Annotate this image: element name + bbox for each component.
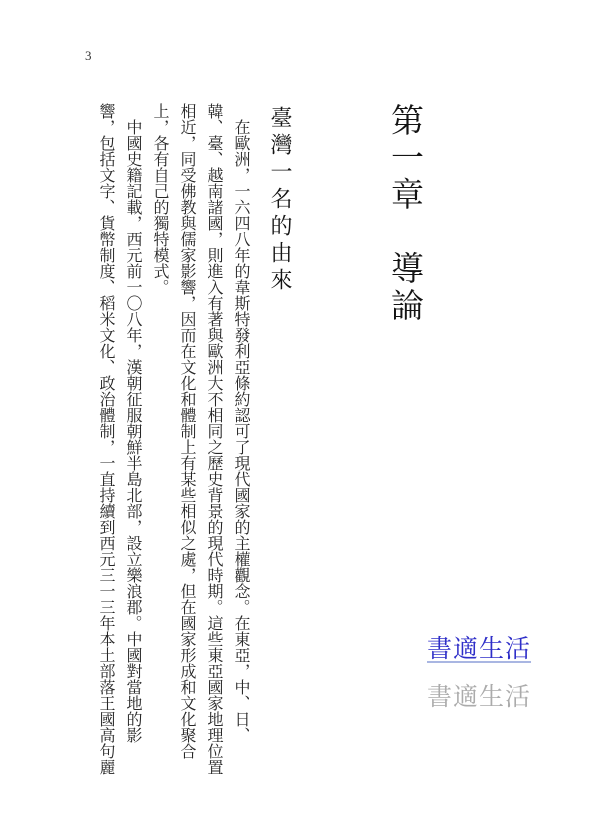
body-column-4: 上，各有自己的獨特模式。 [146,103,173,781]
body-column-6: 響，包括文字、貨幣制度、稻米文化、政治體制，一直持續到西元三一三年本土部落王國高… [92,103,119,781]
section-title: 臺灣一名的由來 [265,106,296,295]
body-column-3: 相近，同受佛教與儒家影響，因而在文化和體制上有某些相似之處，但在國家形成和文化聚… [173,103,200,781]
book-page: 3 第一章 導論 臺灣一名的由來 在歐洲，一六四八年的韋斯特發利亞條約認可了現代… [0,0,592,839]
watermark-ghost: 書適生活 [427,677,531,713]
page-number: 3 [85,48,92,64]
watermark-link[interactable]: 書適生活 [427,629,531,665]
body-column-2: 韓、臺、越南諸國，則進入有著與歐洲大不相同之歷史背景的現代時期。這些東亞國家地理… [200,103,227,781]
body-column-5: 中國史籍記載，西元前一〇八年，漢朝征服朝鮮半島北部，設立樂浪郡。中國對當地的影 [119,103,146,781]
body-text: 在歐洲，一六四八年的韋斯特發利亞條約認可了現代國家的主權觀念。在東亞，中、日、 … [90,103,254,781]
chapter-title: 第一章 導論 [381,103,428,325]
body-column-1: 在歐洲，一六四八年的韋斯特發利亞條約認可了現代國家的主權觀念。在東亞，中、日、 [227,103,254,781]
